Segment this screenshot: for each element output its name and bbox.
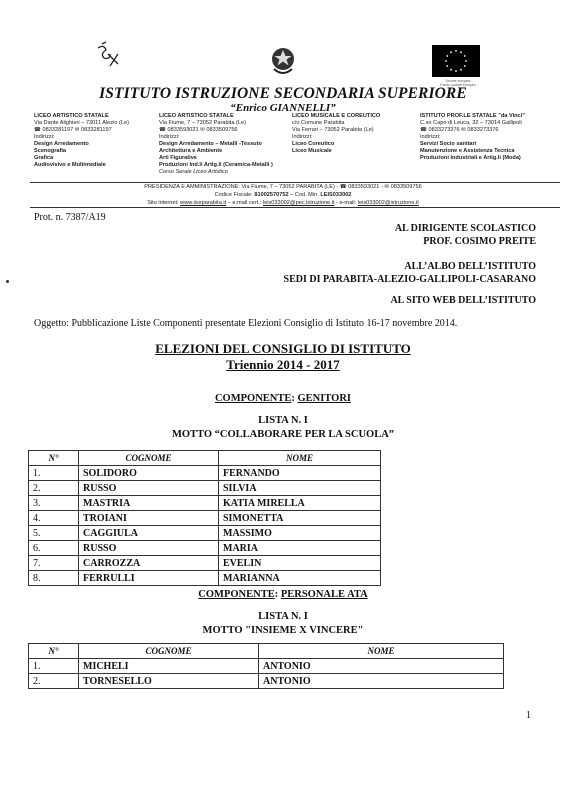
lista-motto: MOTTO "INSIEME X VINCERE" — [0, 624, 566, 638]
fiscal-line: Codice Fiscale: 81002570752 – Cod. Min. … — [0, 191, 566, 199]
document-subtitle: Triennio 2014 - 2017 — [0, 357, 566, 373]
subject-line: Oggetto: Pubblicazione Liste Componenti … — [34, 318, 457, 329]
contact-line: Sito internet: www.iissparabita.it – e.m… — [0, 199, 566, 207]
cognome-cell: CAGGIULA — [79, 526, 219, 541]
school-address: Via Dante Alighieri – 73011 Alezio (Le) — [34, 120, 129, 127]
row-number: 2. — [29, 674, 79, 689]
indirizzo: Produzioni Ind.li Artig.li (Ceramica-Met… — [159, 162, 273, 169]
nome-cell: ANTONIO — [259, 659, 504, 674]
school-address: C.so Capo di Leuca, 32 – 73014 Gallipoli — [420, 120, 525, 127]
componente-value: GENITORI — [298, 393, 352, 404]
table-header-row: N° COGNOME NOME — [29, 451, 381, 466]
table-row: 5.CAGGIULAMASSIMO — [29, 526, 381, 541]
cognome-cell: MASTRIA — [79, 496, 219, 511]
school-name: LICEO MUSICALE E COREUTICO — [292, 113, 380, 120]
cod-min-label: – Cod. Min. — [289, 192, 321, 198]
pec-label: – e.mail cert.: — [226, 200, 263, 206]
nome-cell: FERNANDO — [219, 466, 381, 481]
school-note: Corso Serale Liceo Artistico — [159, 169, 273, 176]
table-row: 1.MICHELIANTONIO — [29, 659, 504, 674]
indirizzi-label: Indirizzi: — [34, 134, 129, 141]
school-name: LICEO ARTISTICO STATALE — [159, 113, 273, 120]
lista-heading: LISTA N. I MOTTO “COLLABORARE PER LA SCU… — [0, 414, 566, 442]
document-title: ELEZIONI DEL CONSIGLIO DI ISTITUTO — [0, 341, 566, 357]
school-address: Via Fiume, 7 – 73052 Parabita (Le) — [159, 120, 273, 127]
presidenza-line: PRESIDENZA E AMMINISTRAZIONE: Via Fiume,… — [0, 183, 566, 191]
row-number: 8. — [29, 571, 79, 586]
school-name: ISTITUTO PROF.LE STATALE "da Vinci" — [420, 113, 525, 120]
nome-cell: MARIA — [219, 541, 381, 556]
presidenza-info: PRESIDENZA E AMMINISTRAZIONE: Via Fiume,… — [0, 183, 566, 207]
componente-label: COMPONENTE — [198, 589, 274, 600]
table-row: 4.TROIANISIMONETTA — [29, 511, 381, 526]
cognome-cell: RUSSO — [79, 541, 219, 556]
table-row: 2.TORNESELLOANTONIO — [29, 674, 504, 689]
table-row: 2.RUSSOSILVIA — [29, 481, 381, 496]
row-number: 4. — [29, 511, 79, 526]
indirizzo: Liceo Musicale — [292, 148, 380, 155]
column-header: COGNOME — [79, 644, 259, 659]
genitori-table: N° COGNOME NOME 1.SOLIDOROFERNANDO2.RUSS… — [28, 450, 381, 586]
cognome-cell: RUSSO — [79, 481, 219, 496]
indirizzo: Audiovisivo e Multimediale — [34, 162, 129, 169]
componente-value: PERSONALE ATA — [281, 589, 368, 600]
table-row: 8.FERRULLIMARIANNA — [29, 571, 381, 586]
table-row: 3.MASTRIAKATIA MIRELLA — [29, 496, 381, 511]
recipient-line: AL DIRIGENTE SCOLASTICO — [395, 222, 536, 235]
eu-stars-icon — [432, 45, 480, 77]
indirizzo: Design Arredamento — [34, 141, 129, 148]
nome-cell: MASSIMO — [219, 526, 381, 541]
cognome-cell: TORNESELLO — [79, 674, 259, 689]
nome-cell: KATIA MIRELLA — [219, 496, 381, 511]
indirizzo: Servizi Socio sanitari — [420, 141, 525, 148]
nome-cell: ANTONIO — [259, 674, 504, 689]
indirizzo: Design Arredamento – Metalli -Tessuto — [159, 141, 273, 148]
row-number: 3. — [29, 496, 79, 511]
cognome-cell: CARROZZA — [79, 556, 219, 571]
row-number: 1. — [29, 659, 79, 674]
table-row: 7.CARROZZAEVELIN — [29, 556, 381, 571]
recipient-line: AL SITO WEB DELL’ISTITUTO — [390, 294, 536, 307]
codice-fiscale: 81002570752 — [254, 192, 288, 198]
column-header: NOME — [259, 644, 504, 659]
nome-cell: MARIANNA — [219, 571, 381, 586]
column-header: NOME — [219, 451, 381, 466]
school-column: ISTITUTO PROF.LE STATALE "da Vinci" C.so… — [420, 113, 525, 162]
recipient-block: AL SITO WEB DELL’ISTITUTO — [390, 294, 536, 307]
indirizzo: Liceo Coreutico — [292, 141, 380, 148]
indirizzo: Arti Figurative — [159, 155, 273, 162]
componente-label: COMPONENTE — [215, 393, 291, 404]
row-number: 1. — [29, 466, 79, 481]
school-phones: ☎ 0833593021 ✉ 0833509756 — [159, 127, 273, 134]
email-link[interactable]: leis033002@istruzione.it — [358, 200, 419, 206]
indirizzi-label: Indirizzi: — [159, 134, 273, 141]
row-number: 6. — [29, 541, 79, 556]
cognome-cell: TROIANI — [79, 511, 219, 526]
lista-number: LISTA N. I — [0, 414, 566, 428]
sito-label: Sito internet: — [147, 200, 180, 206]
pec-email-link[interactable]: leis033002@pec.istruzione.it — [263, 200, 335, 206]
lista-heading: LISTA N. I MOTTO "INSIEME X VINCERE" — [0, 610, 566, 638]
school-phones: ☎ 0833281197 ✉ 0833281197 — [34, 127, 129, 134]
cognome-cell: SOLIDORO — [79, 466, 219, 481]
componente-heading: COMPONENTE: PERSONALE ATA — [0, 589, 566, 600]
school-phones: ☎ 0833273376 ✉ 0833273376 — [420, 127, 525, 134]
indirizzi-label: Indirizzi: — [292, 134, 380, 141]
protocol-number: Prot. n. 7387/A19 — [34, 212, 106, 223]
table-row: 6.RUSSOMARIA — [29, 541, 381, 556]
page-number: 1 — [526, 710, 531, 721]
recipient-line: PROF. COSIMO PREITE — [395, 235, 536, 248]
indirizzi-label: Indirizzi: — [420, 134, 525, 141]
recipient-line: SEDI DI PARABITA-ALEZIO-GALLIPOLI-CASARA… — [284, 273, 536, 286]
column-header: N° — [29, 644, 79, 659]
row-number: 5. — [29, 526, 79, 541]
website-link[interactable]: www.iissparabita.it — [180, 200, 226, 206]
table-header-row: N° COGNOME NOME — [29, 644, 504, 659]
indirizzo: Produzioni Industriali e Artig.li (Moda) — [420, 155, 525, 162]
lista-number: LISTA N. I — [0, 610, 566, 624]
lista-motto: MOTTO “COLLABORARE PER LA SCUOLA” — [0, 428, 566, 442]
row-number: 2. — [29, 481, 79, 496]
nome-cell: SILVIA — [219, 481, 381, 496]
institute-name: ISTITUTO ISTRUZIONE SECONDARIA SUPERIORE — [0, 85, 566, 103]
indirizzo: Architettura e Ambiente — [159, 148, 273, 155]
cod-min: LEIS033002 — [320, 192, 351, 198]
eu-flag-icon — [432, 45, 480, 77]
column-header: N° — [29, 451, 79, 466]
school-name: LICEO ARTISTICO STATALE — [34, 113, 129, 120]
handwritten-mark — [90, 40, 130, 80]
header-bottom-divider — [30, 207, 560, 208]
nome-cell: SIMONETTA — [219, 511, 381, 526]
school-column: LICEO ARTISTICO STATALE Via Fiume, 7 – 7… — [159, 113, 273, 176]
table-row: 1.SOLIDOROFERNANDO — [29, 466, 381, 481]
componente-heading: COMPONENTE: GENITORI — [0, 393, 566, 404]
indirizzo: Scenografia — [34, 148, 129, 155]
school-column: LICEO MUSICALE E COREUTICO c/o Comune Pa… — [292, 113, 380, 155]
cognome-cell: MICHELI — [79, 659, 259, 674]
school-address: c/o Comune Parabita — [292, 120, 380, 127]
email-label: - e-mail: — [334, 200, 357, 206]
recipient-line: ALL’ALBO DELL’ISTITUTO — [284, 260, 536, 273]
column-header: COGNOME — [79, 451, 219, 466]
nome-cell: EVELIN — [219, 556, 381, 571]
school-phones: Via Ferrari – 73052 Parabita (Le) — [292, 127, 380, 134]
personale-ata-table: N° COGNOME NOME 1.MICHELIANTONIO2.TORNES… — [28, 643, 504, 689]
row-number: 7. — [29, 556, 79, 571]
recipient-block: AL DIRIGENTE SCOLASTICO PROF. COSIMO PRE… — [395, 222, 536, 248]
recipient-block: ALL’ALBO DELL’ISTITUTO SEDI DI PARABITA-… — [284, 260, 536, 286]
indirizzo: Manutenzione e Assistenza Tecnica — [420, 148, 525, 155]
indirizzo: Grafica — [34, 155, 129, 162]
codice-fiscale-label: Codice Fiscale: — [215, 192, 255, 198]
italian-republic-emblem-icon — [270, 45, 296, 75]
scan-speck — [6, 280, 9, 283]
cognome-cell: FERRULLI — [79, 571, 219, 586]
school-column: LICEO ARTISTICO STATALE Via Dante Alighi… — [34, 113, 129, 169]
